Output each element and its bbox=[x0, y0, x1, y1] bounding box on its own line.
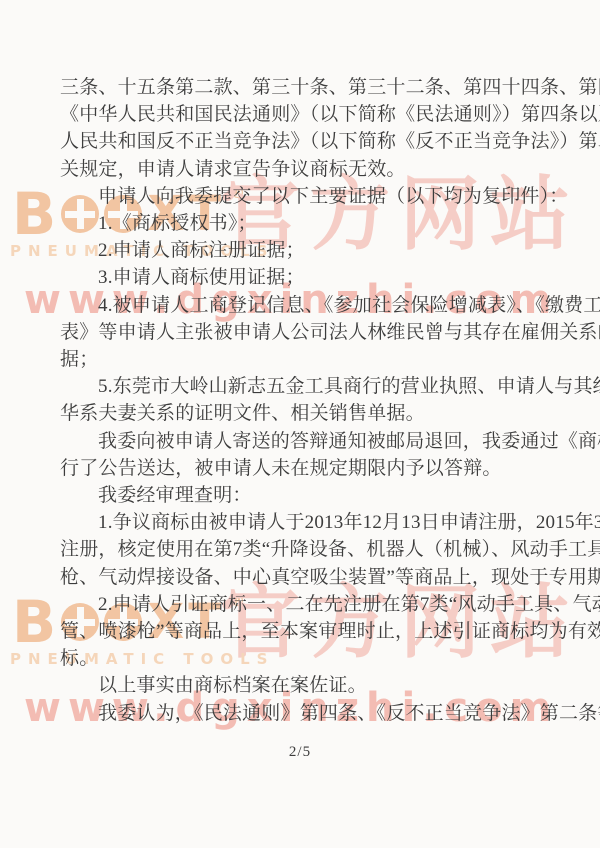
document-line: 关规定，申请人请求宣告争议商标无效。 bbox=[60, 156, 550, 183]
document-line: 据； bbox=[60, 346, 550, 373]
document-line: 《中华人民共和国民法通则》（以下简称《民法通则》）第四条以及《中华 bbox=[60, 101, 550, 128]
page-number: 2/5 bbox=[0, 744, 600, 761]
document-line: 4.被申请人工商登记信息、《参加社会保险增减表》、《缴费工资申报 bbox=[60, 292, 550, 319]
document-line: 1.争议商标由被申请人于2013年12月13日申请注册，2015年3月14日获准 bbox=[60, 509, 550, 536]
document-line: 申请人向我委提交了以下主要证据（以下均为复印件）： bbox=[60, 183, 550, 210]
document-line: 1.《商标授权书》； bbox=[60, 210, 550, 237]
document-line: 2.申请人商标注册证据； bbox=[60, 237, 550, 264]
logo-letter-b: B bbox=[12, 598, 56, 646]
logo-letter-b: B bbox=[12, 190, 56, 238]
document-line: 人民共和国反不正当竞争法》（以下简称《反不正当竞争法》）第二条的相 bbox=[60, 128, 550, 155]
document-line: 行了公告送达，被申请人未在规定期限内予以答辩。 bbox=[60, 455, 550, 482]
document-line: 2.申请人引证商标一、二在先注册在第7类“风动手工具、气动切削吹 bbox=[60, 591, 550, 618]
document-line: 表》等申请人主张被申请人公司法人林维民曾与其存在雇佣关系的相关证 bbox=[60, 319, 550, 346]
document-line: 我委经审理查明： bbox=[60, 482, 550, 509]
document-line: 注册，核定使用在第7类“升降设备、机器人（机械）、风动手工具、喷漆 bbox=[60, 536, 550, 563]
document-line: 管、喷漆枪”等商品上，至本案审理时止，上述引证商标均为有效注册商 bbox=[60, 618, 550, 645]
document-line: 华系夫妻关系的证明文件、相关销售单据。 bbox=[60, 400, 550, 427]
document-line: 枪、气动焊接设备、中心真空吸尘装置”等商品上，现处于专用期内。 bbox=[60, 564, 550, 591]
document-line: 3.申请人商标使用证据； bbox=[60, 264, 550, 291]
document-line: 三条、十五条第二款、第三十条、第三十二条、第四十四条、第四十五条、 bbox=[60, 74, 550, 101]
document-line: 以上事实由商标档案在案佐证。 bbox=[60, 672, 550, 699]
document-line: 5.东莞市大岭山新志五金工具商行的营业执照、申请人与其经营者张丽 bbox=[60, 373, 550, 400]
document-line: 标。 bbox=[60, 645, 550, 672]
document-body: 三条、十五条第二款、第三十条、第三十二条、第四十四条、第四十五条、《中华人民共和… bbox=[60, 74, 550, 727]
document-line: 我委向被申请人寄送的答辩通知被邮局退回，我委通过《商标公告》进 bbox=[60, 428, 550, 455]
document-page: B XT ® 官方网站 PNEUMATIC TOOLS www.dgxinzhi… bbox=[0, 0, 600, 848]
document-line: 我委认为，《民法通则》第四条、《反不正当竞争法》第二条等有关规 bbox=[60, 700, 550, 727]
